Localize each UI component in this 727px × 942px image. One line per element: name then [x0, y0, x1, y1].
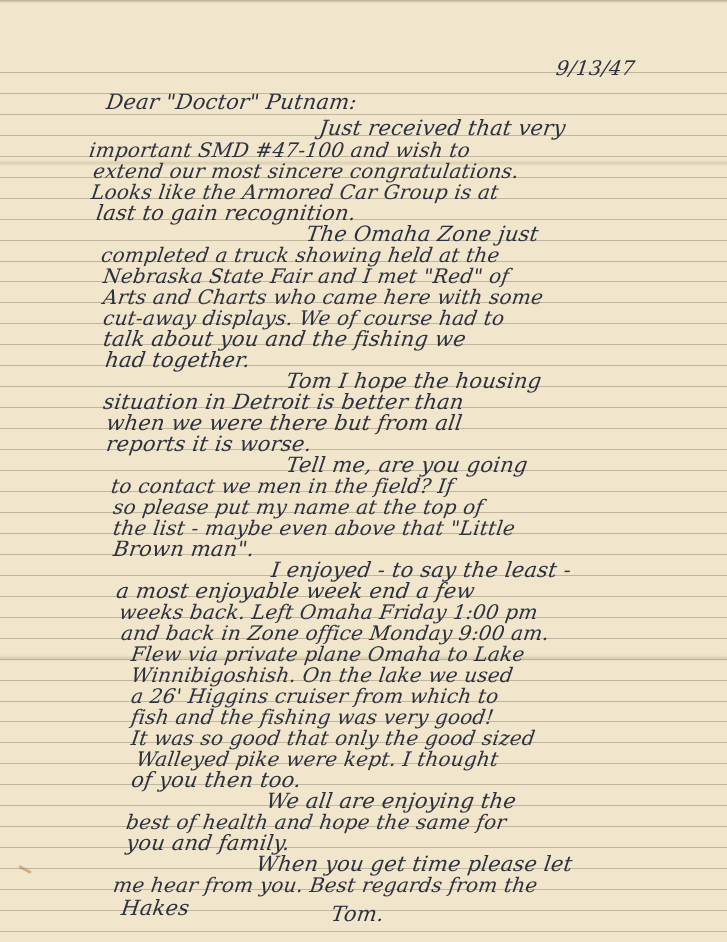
letter-line: extend our most sincere congratulations.	[92, 161, 520, 181]
letter-line: a most enjoyable week end a few	[115, 581, 476, 602]
letter-line: Hakes	[120, 898, 191, 919]
letter-line: Arts and Charts who came here with some	[102, 287, 545, 307]
letter-signature: Tom.	[330, 904, 385, 925]
paper-top-edge	[0, 0, 727, 3]
letter-salutation: Dear "Doctor" Putnam:	[105, 92, 358, 113]
letter-line: so please put my name at the top of	[112, 497, 485, 517]
letter-line: Tom I hope the housing	[285, 371, 543, 392]
letter-line: Flew via private plane Omaha to Lake	[130, 644, 526, 664]
letter-line: Just received that very	[318, 118, 567, 139]
letter-line: when we were there but from all	[105, 413, 464, 434]
letter-line: reports it is worse.	[105, 434, 313, 455]
letter-line: me hear from you. Best regards from the	[112, 875, 539, 895]
letter-date: 9/13/47	[555, 58, 636, 78]
letter-line: It was so good that only the good sized	[130, 728, 536, 748]
ruled-line	[0, 847, 727, 848]
letter-line: weeks back. Left Omaha Friday 1:00 pm	[118, 602, 539, 622]
letter-line: Nebraska State Fair and I met "Red" of	[102, 266, 511, 286]
letter-line: situation in Detroit is better than	[102, 392, 465, 413]
letter-page: 9/13/47 Dear "Doctor" Putnam: Just recei…	[0, 0, 727, 942]
letter-line: Brown man".	[112, 539, 256, 560]
letter-line: When you get time please let	[255, 854, 574, 875]
letter-line: to contact we men in the field? If	[110, 476, 455, 496]
letter-line: We all are enjoying the	[265, 791, 518, 812]
letter-line: important SMD #47-100 and wish to	[88, 140, 472, 160]
letter-line: you and family.	[125, 833, 291, 854]
letter-line: a 26' Higgins cruiser from which to	[130, 686, 500, 706]
letter-line: Walleyed pike were kept. I thought	[135, 749, 500, 769]
letter-line: Looks like the Armored Car Group is at	[90, 182, 500, 202]
letter-line: The Omaha Zone just	[305, 224, 540, 245]
ruled-line	[0, 554, 727, 555]
letter-line: last to gain recognition.	[95, 203, 357, 224]
letter-line: of you then too.	[130, 770, 303, 791]
paper-stain	[18, 865, 32, 874]
ruled-line	[0, 931, 727, 932]
letter-line: talk about you and the fishing we	[102, 329, 467, 350]
letter-line: completed a truck showing held at the	[100, 245, 501, 265]
letter-line: cut-away displays. We of course had to	[102, 308, 506, 328]
ruled-line	[0, 114, 727, 115]
letter-line: I enjoyed - to say the least -	[270, 560, 573, 581]
letter-line: Winnibigoshish. On the lake we used	[130, 665, 514, 685]
letter-line: Tell me, are you going	[285, 455, 529, 476]
letter-line: fish and the fishing was very good!	[130, 707, 495, 727]
letter-line: the list - maybe even above that "Little	[112, 518, 517, 538]
letter-line: and back in Zone office Monday 9:00 am.	[120, 623, 551, 643]
letter-line: best of health and hope the same for	[125, 812, 508, 832]
ruled-line	[0, 784, 727, 785]
letter-line: had together.	[104, 350, 251, 371]
